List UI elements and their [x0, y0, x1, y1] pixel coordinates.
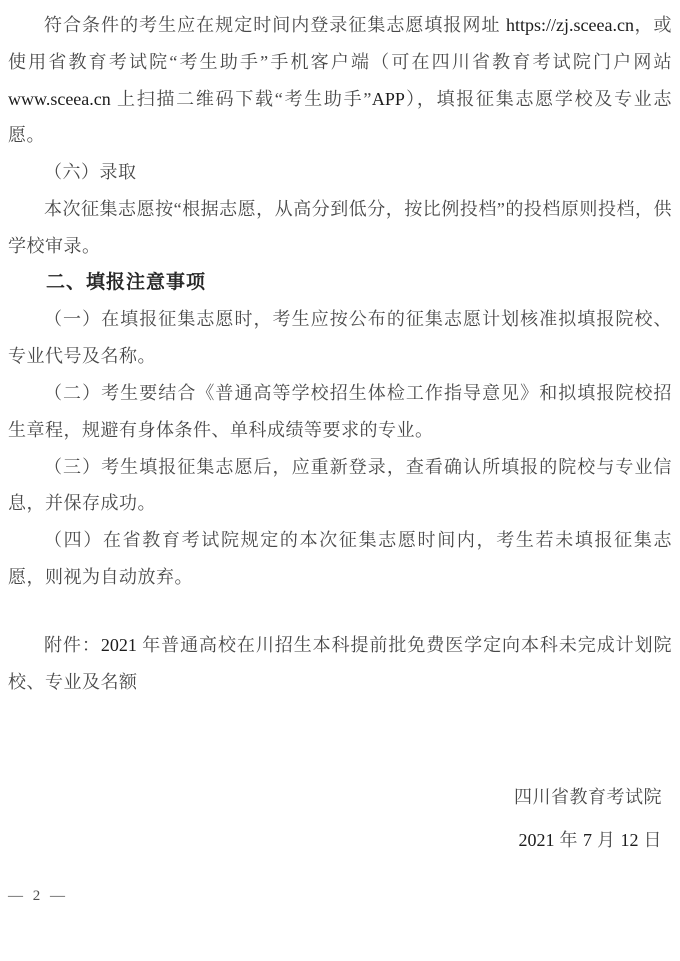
attachment-year: 2021 [101, 635, 137, 655]
document-body: 符合条件的考生应在规定时间内登录征集志愿填报网址 https://zj.scee… [0, 0, 680, 862]
note-item-2: （二）考生要结合《普通高等学校招生体检工作指导意见》和拟填报院校招生章程，规避有… [8, 375, 672, 449]
paragraph-text: 符合条件的考生应在规定时间内登录征集志愿填报网址 [44, 15, 506, 35]
volunteer-site-url: https://zj.sceea.cn [506, 15, 634, 35]
date-day: 12 [621, 830, 639, 850]
subsection-6-admission-heading: （六）录取 [8, 154, 672, 191]
document-page: 符合条件的考生应在规定时间内登录征集志愿填报网址 https://zj.scee… [0, 0, 680, 961]
page-number: — 2 — [8, 886, 68, 906]
issuing-authority: 四川省教育考试院 [8, 776, 662, 819]
paragraph-text: 上扫描二维码下载“考生助手” [111, 89, 372, 109]
attachment-note: 附件：2021 年普通高校在川招生本科提前批免费医学定向本科未完成计划院校、专业… [8, 627, 672, 701]
attachment-label: 附件： [44, 635, 101, 655]
signature-block: 四川省教育考试院 2021 年 7 月 12 日 [8, 776, 672, 862]
date-year: 2021 [519, 830, 555, 850]
note-item-1: （一）在填报征集志愿时，考生应按公布的征集志愿计划核准拟填报院校、专业代号及名称… [8, 301, 672, 375]
section-2-heading: 二、填报注意事项 [8, 265, 672, 302]
portal-site-url: www.sceea.cn [8, 89, 111, 109]
date-month: 7 [583, 830, 592, 850]
issue-date: 2021 年 7 月 12 日 [8, 819, 662, 862]
app-label: APP [372, 89, 405, 109]
paragraph-login-instructions: 符合条件的考生应在规定时间内登录征集志愿填报网址 https://zj.scee… [8, 7, 672, 154]
date-day-label: 日 [639, 830, 663, 850]
paragraph-admission-principle: 本次征集志愿按“根据志愿，从高分到低分，按比例投档”的投档原则投档，供学校审录。 [8, 191, 672, 265]
note-item-4: （四）在省教育考试院规定的本次征集志愿时间内，考生若未填报征集志愿，则视为自动放… [8, 522, 672, 596]
date-month-label: 月 [592, 830, 621, 850]
date-year-label: 年 [555, 830, 584, 850]
note-item-3: （三）考生填报征集志愿后，应重新登录，查看确认所填报的院校与专业信息，并保存成功… [8, 449, 672, 523]
